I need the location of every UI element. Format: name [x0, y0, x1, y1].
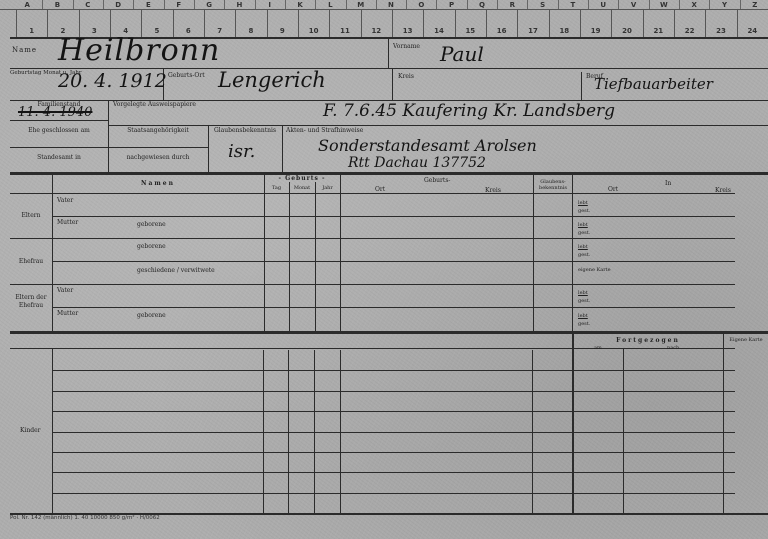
ruler-letter: E [133, 1, 163, 9]
ruler-letter: D [103, 1, 133, 9]
nachgewiesen-label: nachgewiesen durch [108, 154, 208, 161]
ruler-number: 16 [486, 27, 517, 35]
ruler-number: 10 [298, 27, 329, 35]
ruler-letter: T [558, 1, 588, 9]
schwiegervater-lebt: lebt [578, 290, 588, 297]
ruler-letter: V [618, 1, 648, 9]
ruler-number: 8 [235, 27, 266, 35]
kinder-table-row[interactable] [53, 412, 735, 430]
geschiedene-label: geschiedene / verwitwete [137, 267, 215, 274]
familienstand-value[interactable]: 11. 4. 1940 [18, 106, 92, 119]
schwiegervater-label: Vater [57, 287, 73, 294]
ruler-number: 1 [16, 27, 47, 35]
ausweispapiere-value[interactable]: F. 7.6.45 Kaufering Kr. Landsberg [323, 103, 615, 120]
schwiegermutter-gest: gest. [578, 321, 590, 328]
vater-label: Vater [57, 197, 73, 204]
kinder-table-row[interactable] [53, 494, 735, 512]
in-kreis-header: Kreis [715, 187, 731, 194]
kinder-table-row[interactable] [53, 473, 735, 491]
form-footer: Pol. Nr. 142 (männlich) 1. 40 10000 850 … [10, 515, 160, 521]
ort-header: Ort [375, 186, 385, 193]
akten-value-line1[interactable]: Sonderstandesamt Arolsen [318, 138, 537, 154]
eigene-karte-header: Eigene Karte [728, 337, 764, 343]
ehefrau-group-label: Ehefrau [10, 258, 52, 265]
ehefrau-lebt: lebt [578, 244, 588, 251]
ruler-number: 17 [517, 27, 548, 35]
ruler-letter: K [285, 1, 315, 9]
tag-header: Tag [264, 185, 289, 192]
ruler-number: 24 [737, 27, 768, 35]
geburtsort-value[interactable]: Lengerich [218, 70, 326, 91]
ruler-letter: Z [740, 1, 768, 9]
beruf-value[interactable]: Tiefbauarbeiter [594, 77, 713, 92]
ruler-letter: L [315, 1, 345, 9]
ruler-number: 15 [455, 27, 486, 35]
akten-value-line2[interactable]: Rtt Dachau 137752 [348, 156, 486, 170]
kinder-label: Kinder [20, 427, 41, 434]
ruler-letter: U [588, 1, 618, 9]
namen-header: Namen [52, 180, 264, 187]
ruler-letter: B [42, 1, 72, 9]
eltern-group-label: Eltern [10, 212, 52, 219]
schwiegermutter-label: Mutter [57, 310, 78, 317]
eltern-ehefrau-text: Eltern der Ehefrau [15, 294, 46, 309]
ruler-number: 14 [423, 27, 454, 35]
ruler-number: 23 [705, 27, 736, 35]
ruler-letter: X [679, 1, 709, 9]
akten-label: Akten- und Strafhinweise [286, 127, 363, 134]
standesamt-label: Standesamt in [10, 154, 108, 161]
ruler-letter: Y [709, 1, 739, 9]
ruler-letter: W [649, 1, 679, 9]
kinder-table-row[interactable] [53, 392, 735, 410]
name-value[interactable]: Heilbronn [58, 36, 220, 66]
geburtsort-label: Geburts-Ort [168, 72, 205, 79]
in-header: In [665, 180, 671, 187]
vater-gest: gest. [578, 208, 590, 215]
glaubensbekenntnis-value[interactable]: isr. [228, 143, 255, 161]
staatsangehoerigkeit-label: Staatsangehörigkeit [108, 127, 208, 134]
ruler-number: 9 [267, 27, 298, 35]
geburts-header: - Geburts - [264, 175, 340, 182]
mutter-lebt: lebt [578, 222, 588, 229]
mutter-geborene-label: geborene [137, 221, 166, 228]
in-ort-header: Ort [608, 186, 618, 193]
schwiegervater-gest: gest. [578, 298, 590, 305]
registration-card: ABCDEFGHIKLMNOPQRSTUVWXYZ 12345678910111… [0, 0, 768, 539]
ruler-number: 18 [549, 27, 580, 35]
ruler-number: 20 [611, 27, 642, 35]
kreis-label: Kreis [398, 73, 414, 80]
ruler-letter: N [376, 1, 406, 9]
fortgezogen-header: Fortgezogen [573, 337, 723, 344]
ruler-letter: A [12, 1, 42, 9]
name-label: Name [12, 47, 37, 54]
ehefrau-geborene-label: geborene [137, 243, 166, 250]
eltern-ehefrau-group-label: Eltern der Ehefrau [10, 294, 52, 310]
kinder-table-row[interactable] [53, 351, 735, 369]
ruler-number: 21 [643, 27, 674, 35]
ehefrau-gest: gest. [578, 252, 590, 259]
mutter-label: Mutter [57, 219, 78, 226]
kinder-table-row[interactable] [53, 433, 735, 451]
ruler-number: 22 [674, 27, 705, 35]
ruler-letter: I [255, 1, 285, 9]
kinder-table-row[interactable] [53, 371, 735, 389]
ruler-letter: G [194, 1, 224, 9]
ruler-letter: C [73, 1, 103, 9]
ruler-letter: F [164, 1, 194, 9]
ruler-number: 12 [361, 27, 392, 35]
geburtstag-value[interactable]: 20. 4. 1912 [58, 72, 167, 91]
geburtstag-label: Geburtstag Monat u. Jahr [10, 70, 50, 77]
monat-header: Monat [289, 185, 315, 192]
ruler-letter: Q [467, 1, 497, 9]
ruler-number: 11 [329, 27, 360, 35]
ruler-letter: M [346, 1, 376, 9]
ruler-letter: S [527, 1, 557, 9]
ruler-number: 13 [392, 27, 423, 35]
kreis-header: Kreis [485, 187, 501, 194]
geburtsort-group-header: Geburts- [424, 177, 450, 184]
jahr-header: Jahr [315, 185, 340, 192]
schwiegermutter-geborene-label: geborene [137, 312, 166, 319]
kinder-table-row[interactable] [53, 453, 735, 471]
ruler-number: 19 [580, 27, 611, 35]
vorname-value[interactable]: Paul [440, 44, 484, 64]
eigene-karte-label: eigene Karte [578, 267, 611, 274]
vater-lebt: lebt [578, 200, 588, 207]
glaubensbekenntnis-label: Glaubensbekenntnis [208, 127, 282, 134]
ausweispapiere-label: Vorgelegte Ausweispapiere [113, 101, 196, 108]
mutter-gest: gest. [578, 230, 590, 237]
glaubens-header: Glaubens-bekenntnis [535, 179, 571, 191]
ruler-letter: P [436, 1, 466, 9]
ruler-letter: O [406, 1, 436, 9]
ruler-letter: H [224, 1, 254, 9]
schwiegermutter-lebt: lebt [578, 313, 588, 320]
vorname-label: Vorname [393, 43, 420, 50]
ruler-letter: R [497, 1, 527, 9]
ehe-geschlossen-label: Ehe geschlossen am [10, 127, 108, 134]
